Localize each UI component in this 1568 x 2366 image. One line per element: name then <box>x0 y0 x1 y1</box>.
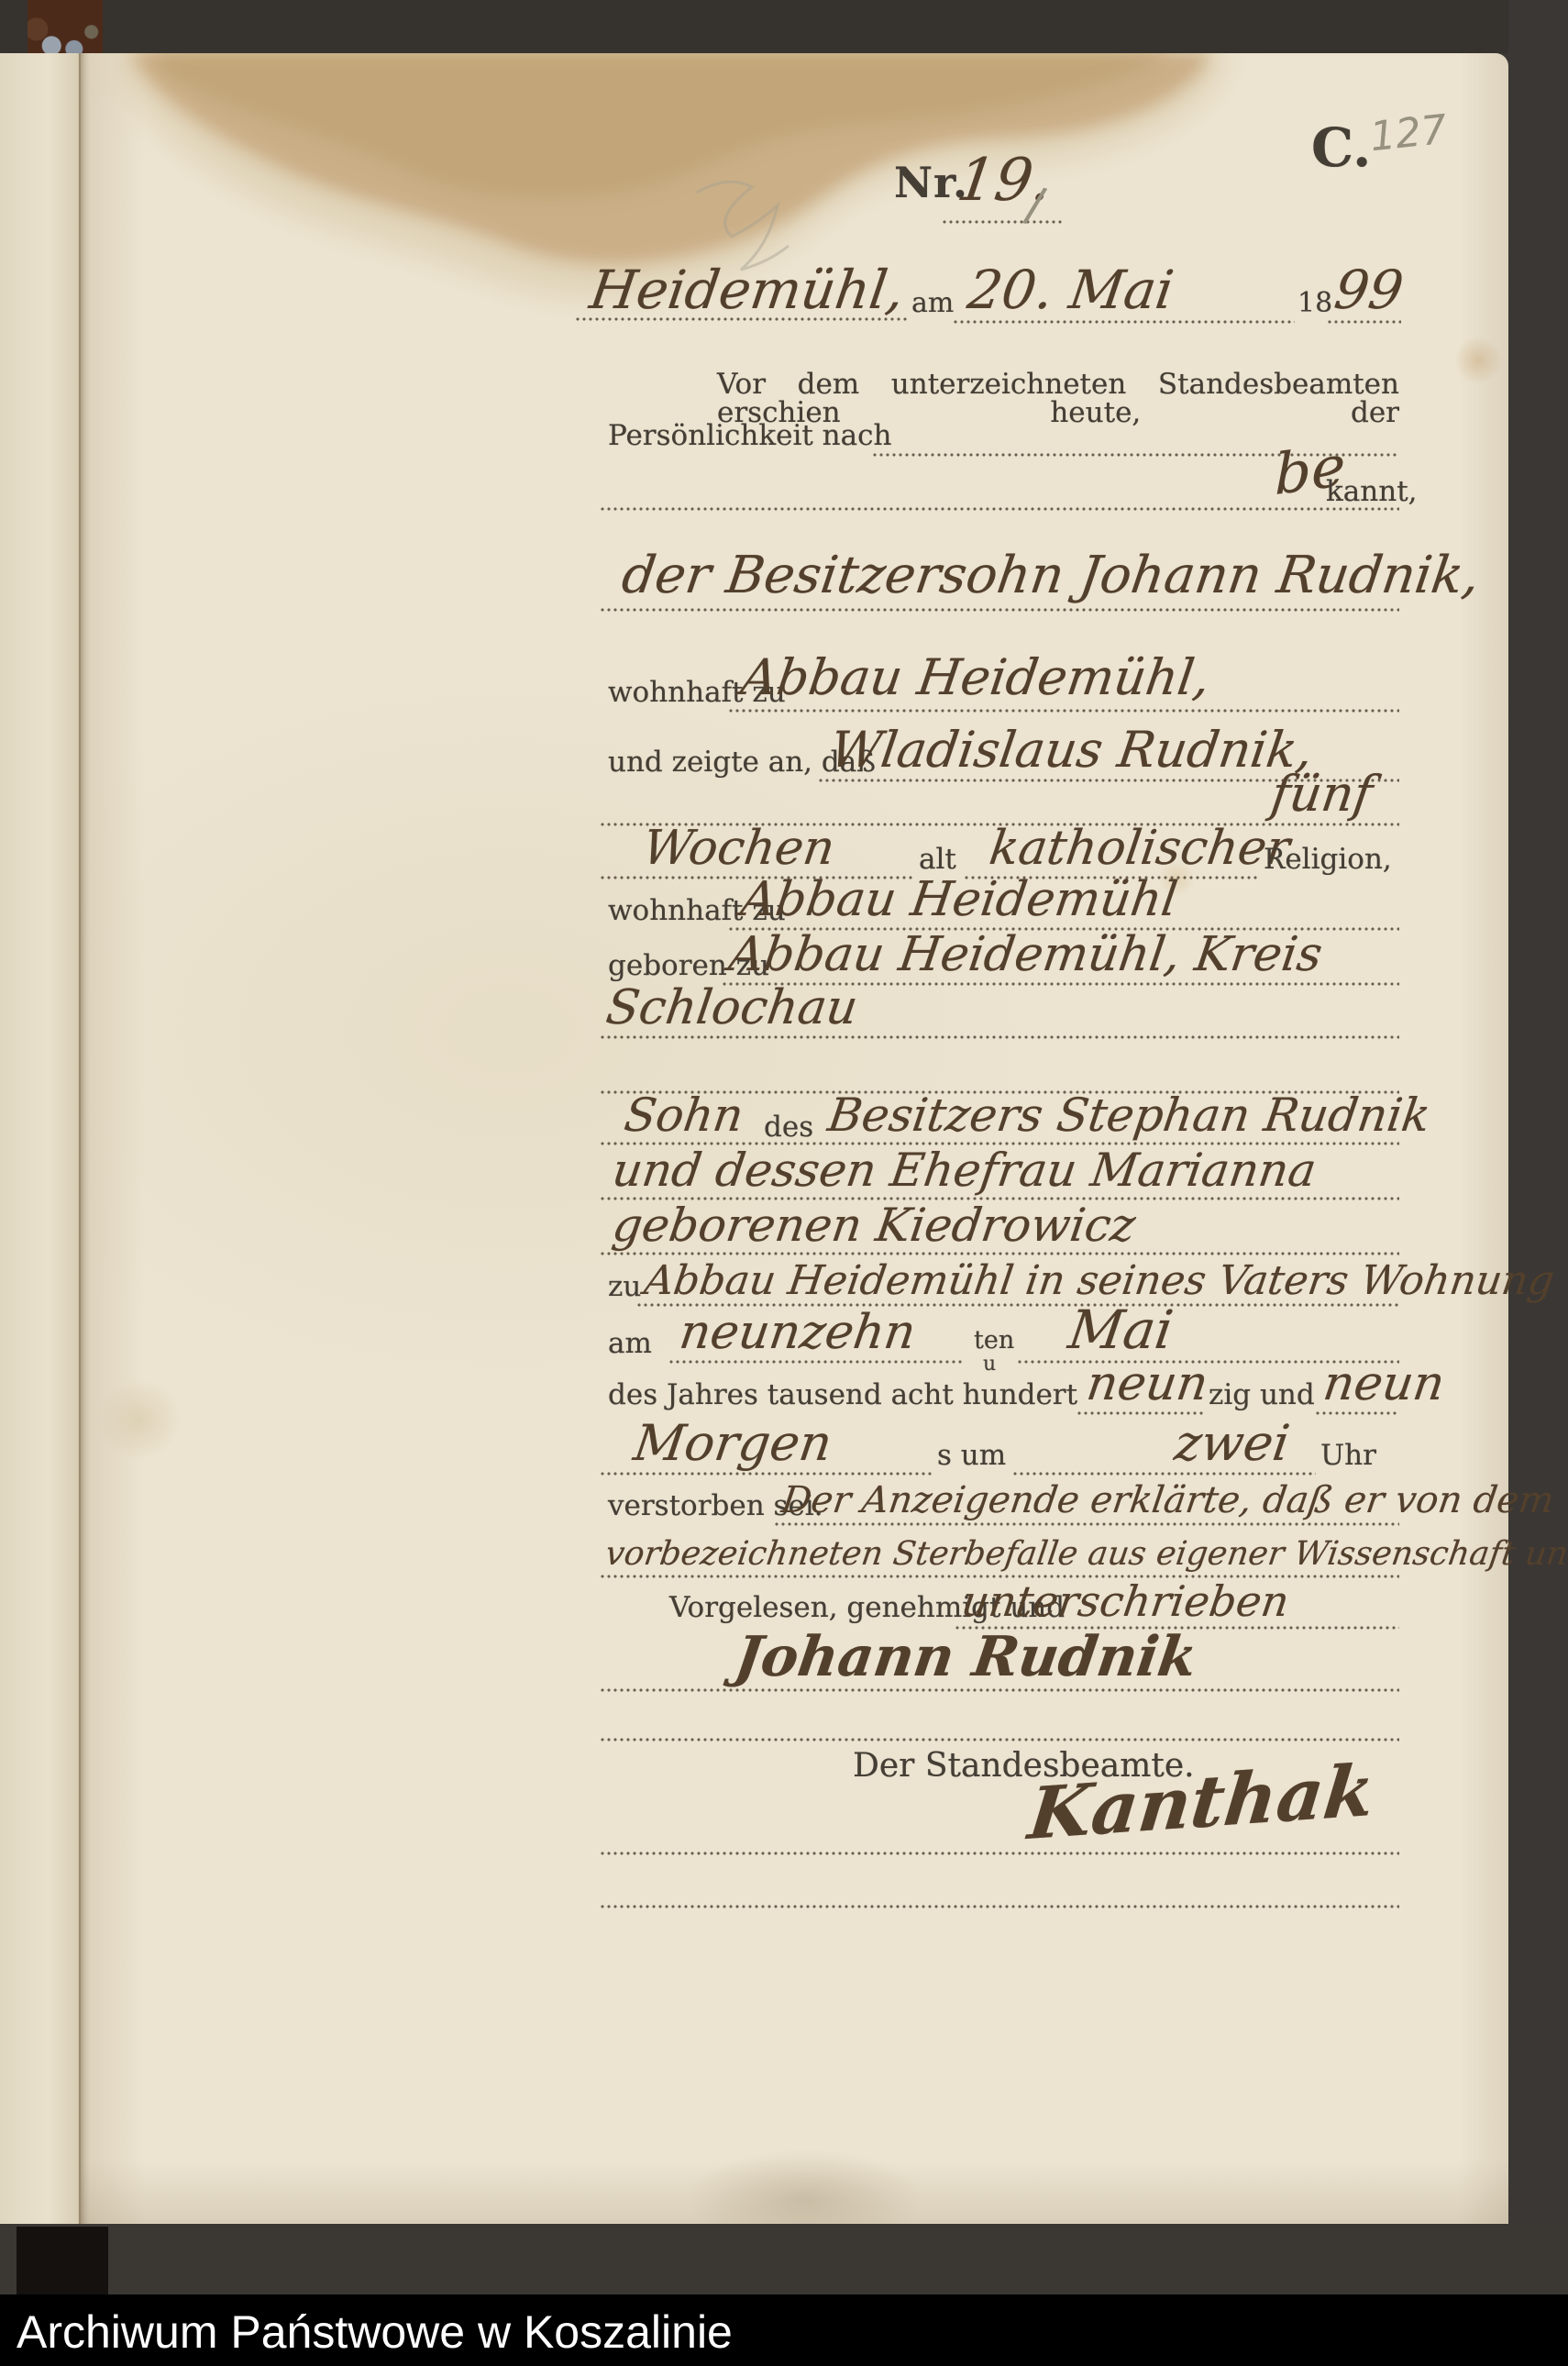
binding-shadow <box>17 2227 108 2294</box>
death-place-handwritten: Abbau Heidemühl in seines Vaters Wohnung <box>642 1261 1557 1301</box>
time-handwritten: zwei <box>1172 1419 1292 1468</box>
persoenlichkeit-label: Persönlichkeit nach <box>608 422 891 450</box>
dotted-rule <box>601 608 1399 612</box>
year-prefix: 18 <box>1297 290 1332 317</box>
pencil-page-number: 127 <box>1368 110 1449 159</box>
religion-label: Religion, <box>1264 846 1392 874</box>
dotted-rule <box>669 1360 963 1364</box>
dotted-rule <box>601 1852 1399 1855</box>
dotted-rule <box>601 1252 1399 1255</box>
dotted-rule <box>1316 1411 1399 1415</box>
time-period-handwritten: Morgen <box>631 1419 835 1468</box>
dotted-rule <box>601 1688 1399 1692</box>
dotted-rule <box>1328 320 1401 324</box>
dotted-rule <box>601 1472 933 1476</box>
date-handwritten: 20. Mai <box>965 263 1176 316</box>
year-tens-handwritten: neun <box>1084 1360 1211 1408</box>
kannt-label: kannt, <box>1326 478 1418 506</box>
declarant-signature: Johann Rudnik <box>732 1630 1200 1685</box>
mother-handwritten: und dessen Ehefrau Marianna <box>610 1147 1319 1193</box>
dotted-rule <box>1013 1472 1316 1476</box>
year-handwritten: 99 <box>1331 263 1407 316</box>
s-um-label: s um <box>937 1442 1006 1470</box>
page-crease <box>79 53 90 2224</box>
death-day-handwritten: neunzehn <box>677 1309 919 1356</box>
residence2-handwritten: Abbau Heidemühl <box>738 876 1180 923</box>
dotted-rule <box>729 709 1399 713</box>
uhr-label: Uhr <box>1320 1442 1376 1470</box>
document-scan: Nr. 19. / C. 127 Heidemühl, am 20. Mai 1… <box>0 0 1568 2366</box>
mother-maiden-handwritten: geborenen Kiedrowicz <box>610 1202 1138 1248</box>
scan-background-bottom <box>0 2224 1568 2294</box>
des-label: des <box>764 1113 813 1142</box>
series-letter: C. <box>1311 121 1371 174</box>
ten-correction: u <box>983 1354 1014 1375</box>
dotted-rule <box>601 1738 1399 1741</box>
residence-handwritten: Abbau Heidemühl, <box>738 653 1213 702</box>
scan-background-top <box>0 0 1568 53</box>
year-ones-handwritten: neun <box>1320 1360 1448 1408</box>
death-month-handwritten: Mai <box>1066 1303 1176 1356</box>
alt-label: alt <box>919 846 956 874</box>
place-handwritten: Heidemühl, <box>587 263 908 316</box>
ten-label: ten u <box>974 1328 1014 1375</box>
binding-threads <box>28 0 103 53</box>
dotted-rule <box>601 1035 1399 1039</box>
sohn-handwritten: Sohn <box>622 1092 746 1138</box>
religion-handwritten: katholischer <box>987 824 1293 872</box>
zu-label: zu <box>608 1273 641 1301</box>
birthplace2-handwritten: Schlochau <box>603 984 861 1032</box>
unterschrieben-handwritten: unterschrieben <box>959 1580 1292 1622</box>
zig-und-label: zig und <box>1209 1381 1315 1410</box>
declaration-line2-handwritten: vorbezeichneten Sterbefalle aus eigener … <box>603 1538 1568 1571</box>
jahres-label: des Jahres tausend acht hundert <box>608 1381 1077 1410</box>
deceased-handwritten: Wladislaus Rudnik, <box>827 725 1316 775</box>
archive-watermark: Archiwum Państwowe w Koszalinie <box>17 2305 733 2359</box>
am2-label: am <box>608 1330 652 1358</box>
age-unit-handwritten: Wochen <box>640 824 837 872</box>
scan-background-right <box>1508 0 1568 2294</box>
am-label: am <box>911 290 954 317</box>
dotted-rule <box>601 1905 1399 1908</box>
dotted-rule <box>775 1522 1399 1526</box>
facing-page-edge <box>0 53 81 2224</box>
ten-text: ten <box>974 1328 1014 1353</box>
birthplace-handwritten: Abbau Heidemühl, Kreis <box>726 931 1325 978</box>
age-upper-handwritten: fünf <box>1268 769 1375 819</box>
dotted-rule <box>943 220 1064 224</box>
dotted-rule <box>576 317 908 321</box>
father-handwritten: Besitzers Stephan Rudnik <box>825 1092 1433 1138</box>
dotted-rule <box>601 507 1399 511</box>
declaration-line1-handwritten: Der Anzeigende erklärte, daß er von dem <box>779 1482 1556 1519</box>
declarant-handwritten: der Besitzersohn Johann Rudnik, <box>619 550 1483 602</box>
